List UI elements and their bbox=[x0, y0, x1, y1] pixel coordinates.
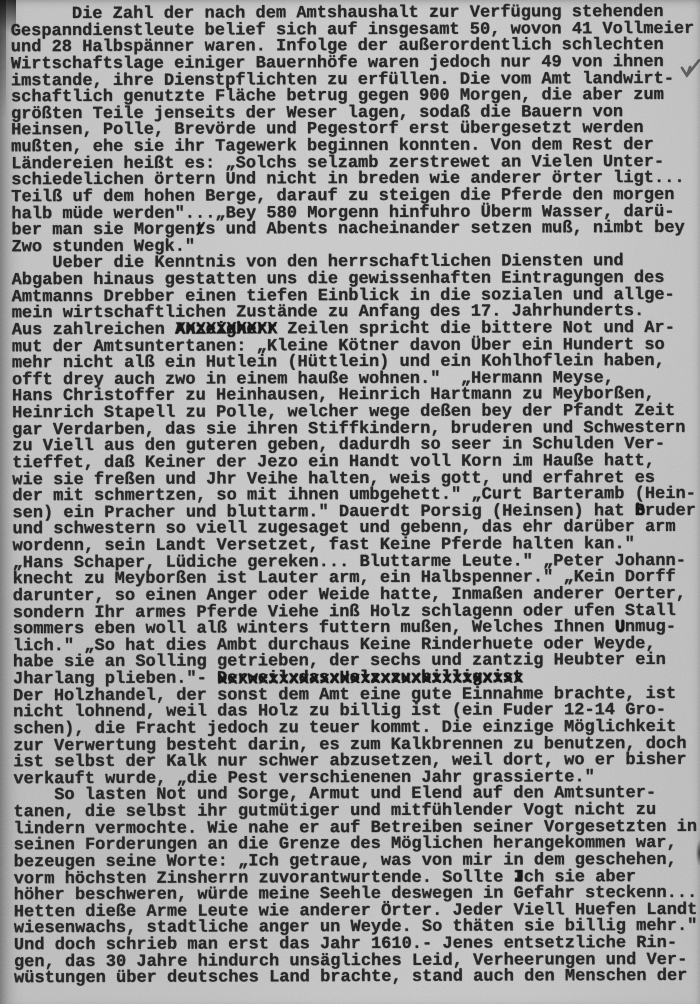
overstruck-text: Anzeigherr bbox=[175, 322, 277, 339]
overstruck-text: B bbox=[635, 504, 645, 521]
document-page: Die Zahl der nach dem Amtshaushalt zur V… bbox=[0, 0, 700, 1004]
text-segment: s und Abents nacheinander setzen muß, ni… bbox=[205, 219, 685, 240]
text-segment: wüstungen über deutsches Land brachte, s… bbox=[14, 967, 687, 988]
text-line: wüstungen über deutsches Land brachte, s… bbox=[14, 969, 700, 988]
overstruck-text: t bbox=[195, 223, 205, 240]
typewritten-text: Die Zahl der nach dem Amtshaushalt zur V… bbox=[11, 5, 700, 988]
overstruck-text: DerweilxdasxHolzxzuxbilligxist bbox=[217, 670, 523, 688]
overstruck-text: U bbox=[615, 620, 625, 637]
overstruck-text: I bbox=[514, 870, 524, 887]
scan-artifact-left-edge-strip bbox=[0, 0, 6, 120]
